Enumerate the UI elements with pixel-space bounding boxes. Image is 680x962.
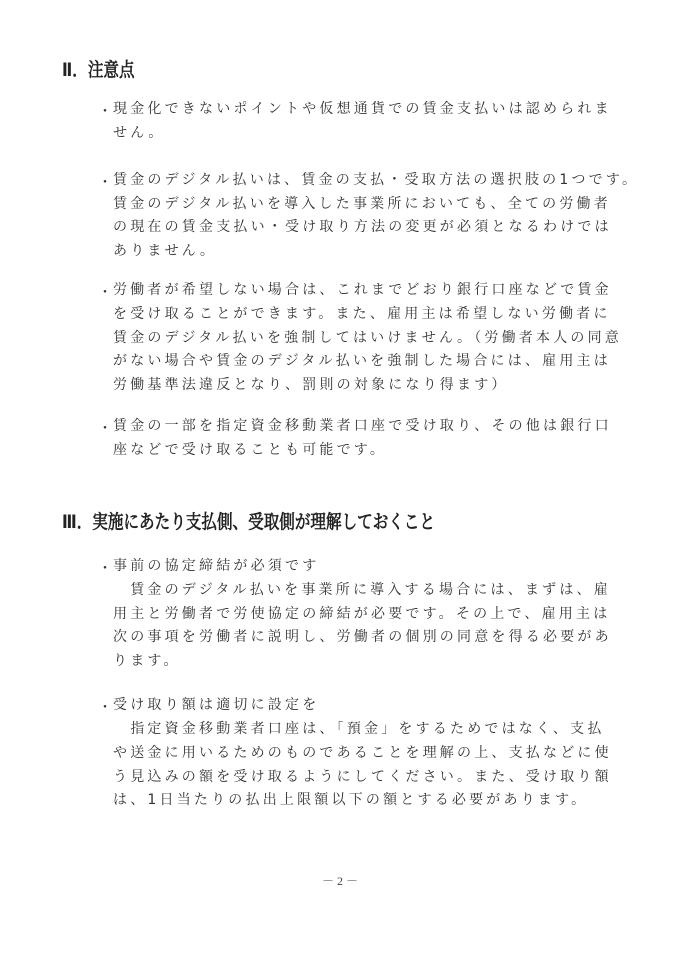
paragraph-line: 事前の協定締結が必須です <box>113 558 319 574</box>
paragraph-line: ります。 <box>113 653 181 669</box>
bullet-icon: ・ <box>98 282 112 302</box>
bullet-icon: ・ <box>98 697 112 717</box>
paragraph-line: がない場合や賃金のデジタル払いを強制した場合には、雇用主は <box>113 353 611 369</box>
paragraph-line: う見込みの額を受け取るようにしてください。また、受け取り額 <box>113 769 612 785</box>
section-3-heading: Ⅲ．実施にあたり支払側、受取側が理解しておくこと <box>62 507 435 534</box>
paragraph-line: せん。 <box>113 125 165 141</box>
paragraph-line: 座などで受け取ることも可能です。 <box>113 442 387 458</box>
paragraph-line: 賃金のデジタル払いを導入した事業所においても、全ての労働者 <box>113 196 611 212</box>
section-2-heading: Ⅱ．注意点 <box>62 55 135 82</box>
paragraph-line: 労働基準法違反となり、罰則の対象になり得ます） <box>113 377 509 393</box>
bullet-icon: ・ <box>98 418 112 438</box>
paragraph-line: 次の事項を労働者に説明し、労働者の個別の同意を得る必要があ <box>113 629 612 645</box>
bullet-icon: ・ <box>98 101 112 121</box>
paragraph-line: 賃金のデジタル払いを強制してはいけません。（労働者本人の同意 <box>113 330 622 346</box>
bullet-icon: ・ <box>98 558 112 578</box>
page-number: － 2 － <box>0 872 680 889</box>
paragraph-line: ありません。 <box>113 243 217 259</box>
paragraph-line: 指定資金移動業者口座は、「預金」をするためではなく、支払 <box>113 721 605 737</box>
paragraph-line: 労働者が希望しない場合は、これまでどおり銀行口座などで賃金 <box>113 282 612 298</box>
paragraph-line: 賃金の一部を指定資金移動業者口座で受け取り、その他は銀行口 <box>113 418 612 434</box>
paragraph-line: や送金に用いるためのものであることを理解の上、支払などに使 <box>113 745 612 761</box>
paragraph-line: 用主と労働者で労使協定の締結が必要です。その上で、雇用主は <box>113 606 610 622</box>
bullet-icon: ・ <box>98 172 112 192</box>
paragraph-line: 賃金のデジタル払いを事業所に導入する場合には、まずは、雇 <box>113 582 611 598</box>
paragraph-line: 受け取り額は適切に設定を <box>113 697 319 713</box>
paragraph-line: の現在の賃金支払い・受け取り方法の変更が必須となるわけでは <box>113 219 612 235</box>
paragraph-line: は、1日当たりの払出上限額以下の額とする必要があります。 <box>113 792 588 808</box>
paragraph-line: 現金化できないポイントや仮想通貨での賃金支払いは認められま <box>113 101 612 117</box>
paragraph-line: 賃金のデジタル払いは、賃金の支払・受取方法の選択肢の1つです。 <box>113 172 639 188</box>
paragraph-line: を受け取ることができます。また、雇用主は希望しない労働者に <box>113 306 611 322</box>
